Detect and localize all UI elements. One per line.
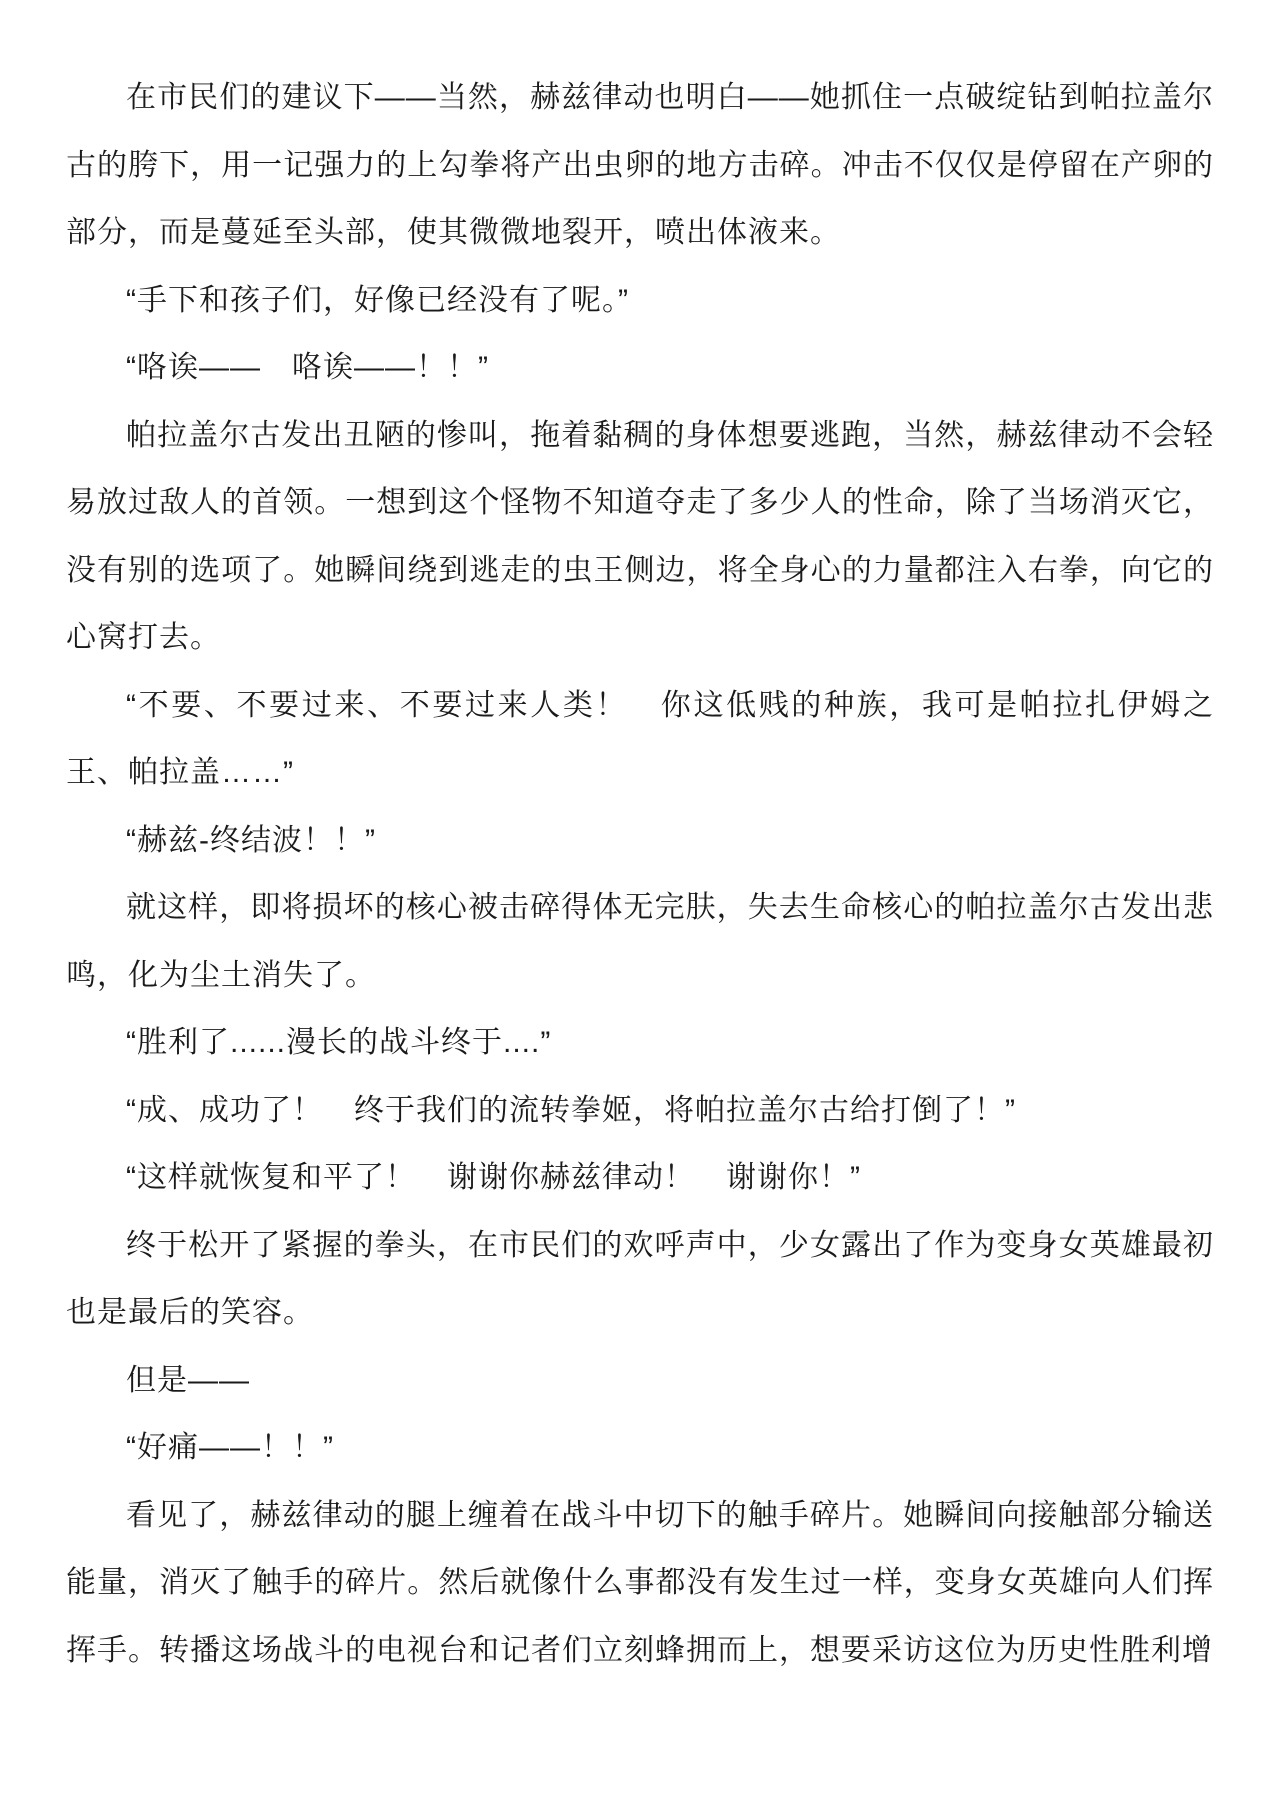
narration-paragraph: 看见了，赫兹律动的腿上缠着在战斗中切下的触手碎片。她瞬间向接触部分输送能量，消灭… <box>66 1482 1214 1685</box>
document-page: 在市民们的建议下——当然，赫兹律动也明白——她抓住一点破绽钻到帕拉盖尔古的胯下，… <box>0 0 1280 1810</box>
dialogue-paragraph: “不要、不要过来、不要过来人类！ 你这低贱的种族，我可是帕拉扎伊姆之王、帕拉盖…… <box>66 672 1214 807</box>
paragraph-container: 在市民们的建议下——当然，赫兹律动也明白——她抓住一点破绽钻到帕拉盖尔古的胯下，… <box>66 64 1214 1684</box>
narration-paragraph: 就这样，即将损坏的核心被击碎得体无完肤，失去生命核心的帕拉盖尔古发出悲鸣，化为尘… <box>66 874 1214 1009</box>
narration-paragraph: 终于松开了紧握的拳头，在市民们的欢呼声中，少女露出了作为变身女英雄最初也是最后的… <box>66 1212 1214 1347</box>
dialogue-paragraph: “好痛——！！” <box>66 1414 1214 1482</box>
page: { "page": { "background_color": "#ffffff… <box>0 0 1280 1810</box>
dialogue-paragraph: “手下和孩子们，好像已经没有了呢。” <box>66 267 1214 335</box>
narration-paragraph: 帕拉盖尔古发出丑陋的惨叫，拖着黏稠的身体想要逃跑，当然，赫兹律动不会轻易放过敌人… <box>66 402 1214 672</box>
dialogue-paragraph: “赫兹-终结波！！” <box>66 807 1214 875</box>
dialogue-paragraph: “咯诶—— 咯诶——！！” <box>66 334 1214 402</box>
narration-paragraph: 但是—— <box>66 1347 1214 1415</box>
narration-paragraph: 在市民们的建议下——当然，赫兹律动也明白——她抓住一点破绽钻到帕拉盖尔古的胯下，… <box>66 64 1214 267</box>
dialogue-paragraph: “这样就恢复和平了！ 谢谢你赫兹律动！ 谢谢你！” <box>66 1144 1214 1212</box>
dialogue-paragraph: “胜利了......漫长的战斗终于....” <box>66 1009 1214 1077</box>
dialogue-paragraph: “成、成功了！ 终于我们的流转拳姬，将帕拉盖尔古给打倒了！” <box>66 1077 1214 1145</box>
